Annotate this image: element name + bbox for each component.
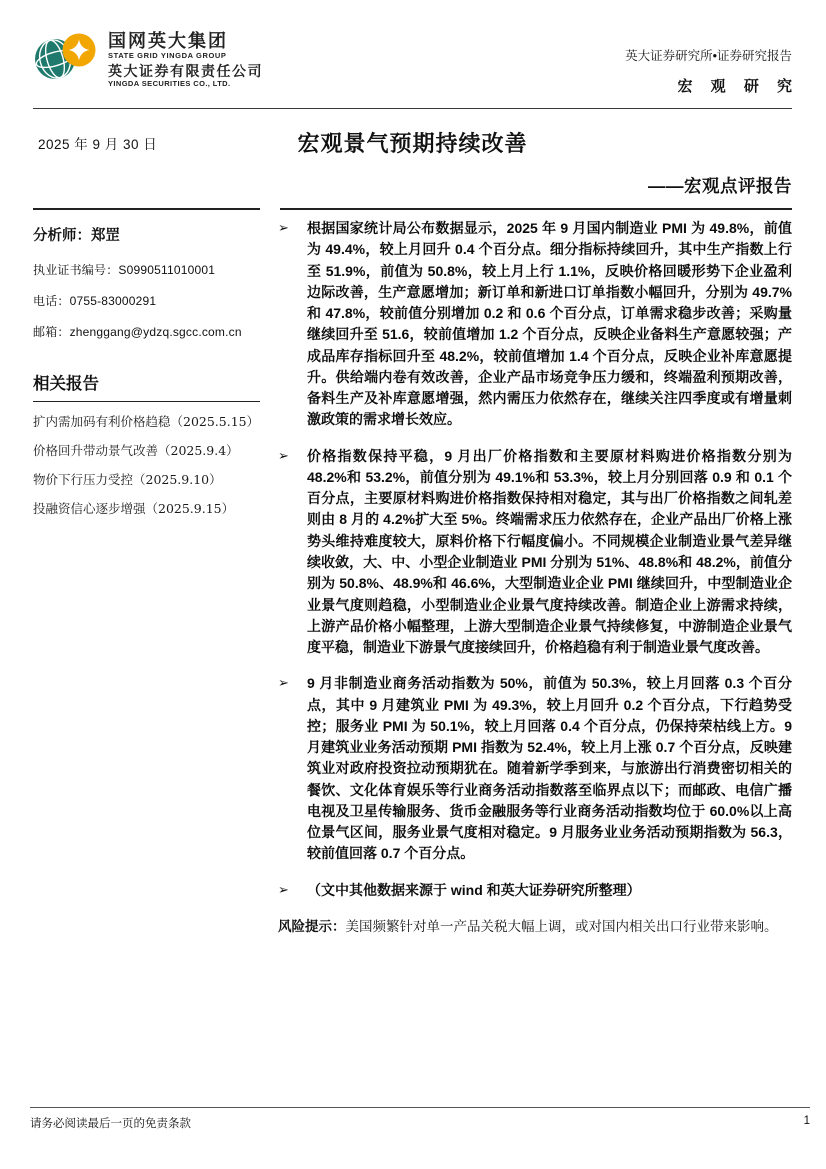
bullet-text-non-manufacturing: 9 月非制造业商务活动指数为 50%，前值为 50.3%，较上月回落 0.3 个… — [307, 673, 792, 864]
company-logo: 国网英大集团 STATE GRID YINGDA GROUP 英大证券有限责任公… — [33, 30, 263, 88]
bullet-item: ➢ 价格指数保持平稳，9 月出厂价格指数和主要原材料购进价格指数分别为 48.2… — [278, 446, 792, 659]
related-report-item: 扩内需加码有利价格趋稳（2025.5.15） — [33, 413, 260, 431]
report-page: 国网英大集团 STATE GRID YINGDA GROUP 英大证券有限责任公… — [0, 0, 826, 1169]
related-report-item: 价格回升带动景气改善（2025.9.4） — [33, 442, 260, 460]
header-divider — [33, 108, 792, 109]
report-subtitle: ——宏观点评报告 — [33, 173, 792, 198]
bullet-text-price-index: 价格指数保持平稳，9 月出厂价格指数和主要原材料购进价格指数分别为 48.2%和… — [307, 446, 792, 659]
related-reports-heading: 相关报告 — [33, 370, 260, 402]
risk-warning-text: 美国频繁针对单一产品关税大幅上调，或对国内相关出口行业带来影响。 — [346, 919, 778, 935]
analyst-license: 执业证书编号：S0990511010001 — [33, 261, 260, 278]
bullet-item: ➢ 根据国家统计局公布数据显示，2025 年 9 月国内制造业 PMI 为 49… — [278, 218, 792, 431]
risk-warning-label: 风险提示： — [278, 919, 346, 934]
bullet-arrow-icon: ➢ — [278, 673, 307, 864]
title-row: 2025 年 9 月 30 日 宏观景气预期持续改善 — [33, 125, 792, 159]
page-footer: 请务必阅读最后一页的免责条款 1 — [30, 1107, 810, 1131]
report-category: 宏 观 研 究 — [625, 75, 799, 96]
footer-divider — [30, 1107, 810, 1108]
logo-icon — [33, 30, 99, 82]
header-right-block: 英大证券研究所•证券研究报告 宏 观 研 究 — [625, 30, 792, 96]
sidebar: 分析师：郑罡 执业证书编号：S0990511010001 电话：0755-830… — [33, 218, 260, 939]
bullet-arrow-icon: ➢ — [278, 880, 307, 901]
bullet-text-manufacturing-pmi: 根据国家统计局公布数据显示，2025 年 9 月国内制造业 PMI 为 49.8… — [307, 218, 792, 431]
page-header: 国网英大集团 STATE GRID YINGDA GROUP 英大证券有限责任公… — [33, 30, 792, 96]
main-content: ➢ 根据国家统计局公布数据显示，2025 年 9 月国内制造业 PMI 为 49… — [278, 218, 792, 939]
page-number: 1 — [804, 1115, 810, 1131]
risk-warning: 风险提示：美国频繁针对单一产品关税大幅上调，或对国内相关出口行业带来影响。 — [278, 916, 792, 939]
bullet-arrow-icon: ➢ — [278, 218, 307, 431]
related-report-item: 物价下行压力受控（2025.9.10） — [33, 471, 260, 489]
company-name-block: 国网英大集团 STATE GRID YINGDA GROUP 英大证券有限责任公… — [108, 30, 263, 88]
related-report-item: 投融资信心逐步增强（2025.9.15） — [33, 500, 260, 518]
bullet-text-data-source: （文中其他数据来源于 wind 和英大证券研究所整理） — [307, 880, 792, 901]
subsidiary-name-cn: 英大证券有限责任公司 — [108, 64, 263, 79]
bullet-arrow-icon: ➢ — [278, 446, 307, 659]
analyst-name: 分析师：郑罡 — [33, 224, 260, 245]
footer-disclaimer: 请务必阅读最后一页的免责条款 — [30, 1115, 191, 1131]
subsidiary-name-en: YINGDA SECURITIES CO., LTD. — [108, 80, 263, 88]
bullet-item: ➢ 9 月非制造业商务活动指数为 50%，前值为 50.3%，较上月回落 0.3… — [278, 673, 792, 864]
content-divider — [280, 208, 792, 210]
institute-line: 英大证券研究所•证券研究报告 — [625, 46, 792, 64]
section-dividers — [33, 208, 792, 210]
report-date: 2025 年 9 月 30 日 — [38, 133, 157, 153]
bullet-item: ➢ （文中其他数据来源于 wind 和英大证券研究所整理） — [278, 880, 792, 901]
company-name-cn: 国网英大集团 — [108, 32, 263, 51]
analyst-email: 邮箱：zhenggang@ydzq.sgcc.com.cn — [33, 323, 260, 340]
analyst-phone: 电话：0755-83000291 — [33, 292, 260, 309]
sidebar-divider — [33, 208, 260, 210]
body-columns: 分析师：郑罡 执业证书编号：S0990511010001 电话：0755-830… — [33, 218, 792, 939]
company-name-en: STATE GRID YINGDA GROUP — [108, 52, 263, 60]
